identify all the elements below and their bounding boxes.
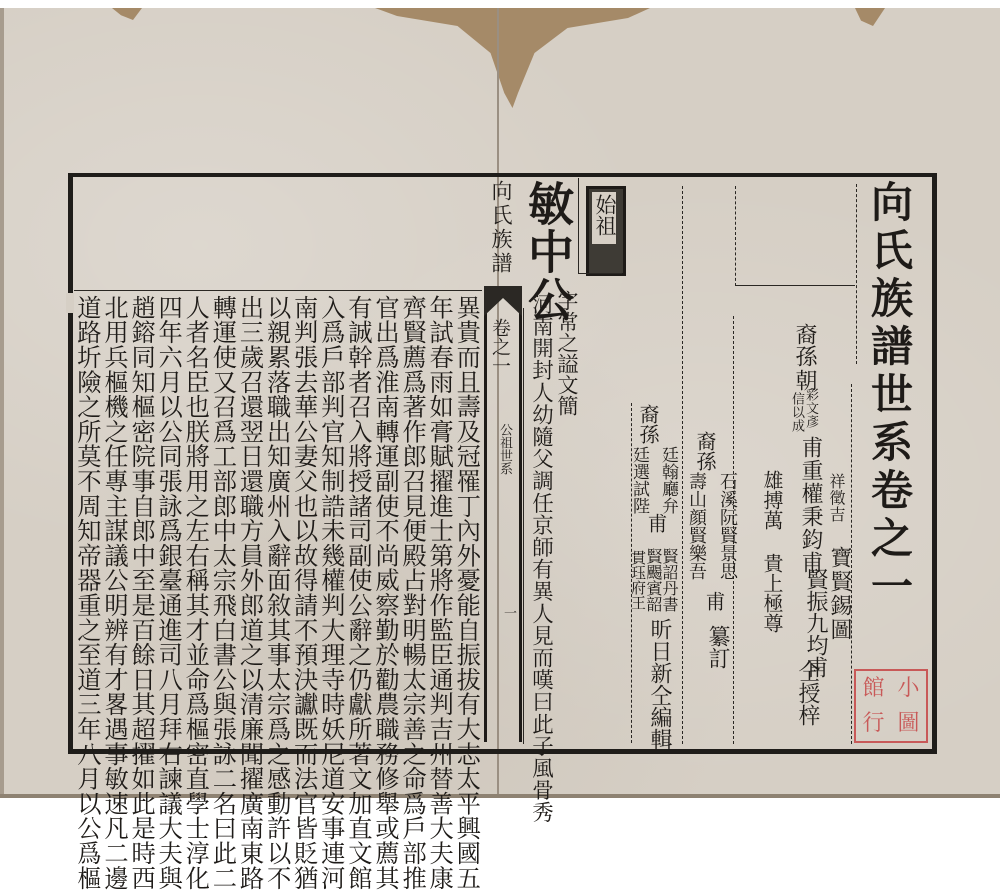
text-column: 入爲戶部判官知制誥未幾權判大理寺時妖尼道安事連河: [319, 295, 343, 805]
descendant-names: 廷選試陛: [630, 446, 647, 514]
text-column: 出三歲召還翌日還職方員外郎道之以清廉聞擢廣南東路: [237, 295, 261, 805]
descendant-names: 廷翰廳弁: [659, 446, 676, 514]
descendant-names: 賢詔丹書: [661, 548, 677, 612]
text-column: 趙鎔同知樞密院事自郎中至是百餘日其超擢如此是時西: [129, 295, 153, 805]
descendant-names: 石溪阮賢景思: [718, 472, 736, 580]
descendant-names: 雄搏萬: [762, 470, 782, 530]
first-ancestor-label-box: 始祖: [586, 186, 626, 276]
seal-char: 館: [856, 671, 891, 706]
ancestor-biography: 河南開封人幼隨父調任京師有異人見而嘆曰此子風骨秀: [530, 293, 552, 805]
descendant-names: 壽山顔賢樂吾: [687, 472, 705, 580]
text-column: 道路圻險之所莫不周知帝器重之至道三年八月以公爲樞: [75, 295, 99, 805]
compiler-origin: 祥徵吉: [828, 473, 844, 523]
column-rule: [856, 184, 857, 364]
header-rule: [74, 290, 482, 291]
volume-title: 向氏族譜世系卷之一: [868, 180, 910, 612]
text-column: 以親累落職出知廣州入辭面敘其事太宗爲之感動許以不: [264, 295, 288, 805]
column-rule: [682, 186, 683, 744]
header-rule: [735, 285, 855, 286]
descendant-suffix: 甫: [646, 513, 666, 533]
stain-right: [855, 8, 885, 26]
text-column: 轉運使又召爲工部郎中太宗飛白書公與張詠二名曰此二: [210, 295, 234, 805]
ancestor-courtesy-name: 字常之謚文簡: [556, 290, 577, 416]
red-collector-seal: 館 小 行 圖: [854, 669, 928, 743]
column-rule: [523, 308, 524, 744]
text-column: 有誠幹者召入將授諸司副使公辭之仍獻所著文加直文館: [346, 295, 370, 805]
first-ancestor-label: 始祖: [592, 192, 616, 244]
descendant-names: 貫珏府王: [630, 550, 645, 610]
text-column: 人者名臣也朕將用之左右稱其才並命爲樞密直學士淳化: [183, 295, 207, 805]
descendant-names: 賢颺賓韶: [645, 548, 661, 612]
binding-stain: [375, 8, 650, 108]
descendant-prefix: 裔孫: [793, 323, 815, 367]
descendant-suffix: 甫: [704, 591, 724, 611]
stain-left: [112, 8, 142, 20]
page-number: 一: [502, 606, 515, 619]
margin-section: 公祖世系: [498, 423, 511, 475]
descendant-names: 貴上極尊: [762, 553, 782, 633]
page-left-edge: [0, 8, 4, 798]
margin-book-title: 向氏族譜: [490, 180, 511, 276]
margin-volume: 卷之一: [490, 318, 509, 375]
role-compile: 纂訂: [706, 625, 728, 669]
descendant-prefix: 裔孫: [695, 431, 715, 471]
text-column: 南判張去華公妻父也以故得請不預決讞既而法官皆貶猶: [291, 295, 315, 805]
role-engraving: 仝授梓: [796, 660, 818, 726]
compiler-name: 寶賢錫圖: [828, 546, 850, 642]
role-edit: 昕日新仝編輯: [648, 618, 670, 750]
seal-char: 圖: [891, 706, 926, 741]
text-column: 四年六月以公同張詠爲銀臺通進司八月拜右諫議大夫與: [156, 295, 180, 805]
column-rule: [578, 178, 579, 273]
descendant-note: 彩文彥: [804, 388, 817, 429]
text-column: 官出爲淮南轉運副使不尚威察勤於勸農職務修舉或薦其: [373, 295, 397, 805]
text-column: 年試春雨如膏賦擢進士第將作監臣通判吉州替善大夫康: [427, 295, 451, 805]
header-rule: [578, 273, 622, 274]
seal-char: 行: [856, 706, 891, 741]
column-rule: [735, 186, 736, 286]
descendant-names: 甫重權秉鈞甫: [799, 436, 821, 574]
descendant-note: 信以成: [790, 392, 803, 433]
text-column: 異貴而且壽及冠罹丁內外憂能自振拔有大志太平興國五: [454, 295, 478, 805]
text-column: 齊賢薦爲著作郎召見便殿占對明暢太宗善之命爲戶部推: [400, 295, 424, 805]
text-column: 北用兵樞機之任專主謀議公明辨有才畧遇事敏速凡二邊: [102, 295, 126, 805]
scanned-book-spread: 向氏族譜世系卷之一 祥徵吉 寶賢錫圖 裔孫 朝 彩文彥 信以成 甫重權秉鈞甫 賢…: [0, 8, 1000, 798]
descendant-prefix: 裔孫: [638, 404, 658, 444]
seal-char: 小: [891, 671, 926, 706]
